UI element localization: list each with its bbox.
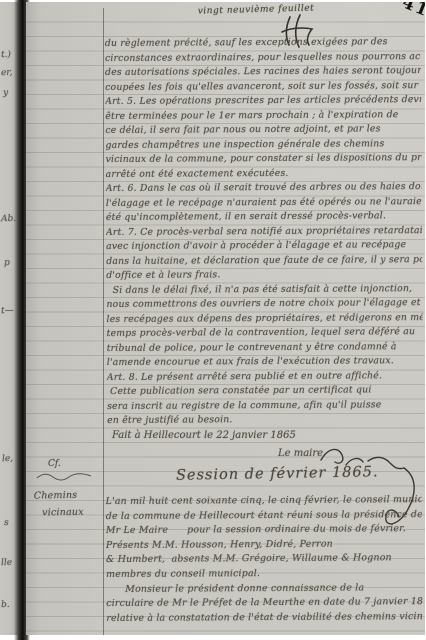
text-line: circulaire de Mr le Préfet de la Meurthe… bbox=[106, 595, 422, 612]
text-line: du règlement précité, sauf les exception… bbox=[105, 35, 421, 51]
text-line: nous commettrons des ouvriers de notre c… bbox=[106, 296, 422, 312]
margin-note-line: Chemins bbox=[34, 487, 100, 505]
text-line: & Humbert, absents M.M. Grégoire, Willau… bbox=[106, 551, 422, 568]
adjacent-page-text-fragment: t— bbox=[1, 306, 14, 316]
adjacent-page-text-fragment: b. bbox=[1, 600, 10, 610]
page-number: 41 bbox=[400, 2, 425, 21]
adjacent-page-text-fragment: er, bbox=[1, 68, 13, 78]
adjacent-page-text-fragment: y bbox=[3, 88, 8, 98]
arrete-text: du règlement précité, sauf les exception… bbox=[105, 35, 423, 428]
margin-rule-line bbox=[103, 8, 104, 635]
text-line: Art. 8. Le présent arrêté sera publié et… bbox=[107, 369, 423, 385]
text-line: avec injonction d'avoir à procéder à l'é… bbox=[106, 238, 422, 254]
adjacent-page-text-fragment: t.) bbox=[1, 50, 11, 60]
dateline: Fait à Heillecourt le 22 janvier 1865 bbox=[112, 430, 296, 441]
text-line: vicinaux de la commune, pour constater s… bbox=[106, 151, 422, 167]
text-line: L'an mil huit cent soixante cinq, le cin… bbox=[106, 493, 422, 510]
margin-note-chemins-vicinaux: Cheminsvicinaux bbox=[34, 487, 101, 521]
text-line: temps procès-verbal de la contravention,… bbox=[107, 325, 423, 341]
adjacent-page-text-fragment: p bbox=[4, 258, 10, 268]
adjacent-page-text-fragment: lle bbox=[1, 558, 12, 568]
margin-note-line: vicinaux bbox=[34, 504, 100, 522]
text-line: Art. 5. Les opérations prescrites par le… bbox=[105, 93, 421, 109]
text-line: relative à la constatation de l'état de … bbox=[106, 610, 422, 627]
page-paper: vingt neuvième feuillet 41 du règlement … bbox=[26, 2, 425, 635]
text-line: Art. 6. Dans le cas où il serait trouvé … bbox=[106, 180, 422, 196]
text-line: Mr Le Maire pour la session ordinaire du… bbox=[106, 522, 422, 539]
text-line: sera inscrit au registre de la commune, … bbox=[107, 398, 423, 414]
text-line: été qu'incomplètement, il en serait dres… bbox=[106, 209, 422, 225]
margin-squiggle-icon bbox=[36, 472, 92, 482]
scanned-register-page: t.)er,yAb.pt—le,slleb. vingt neuvième fe… bbox=[0, 0, 426, 640]
adjacent-page-text-fragment: le, bbox=[2, 454, 13, 464]
text-line: ce délai, il sera fait par nous ou notre… bbox=[105, 122, 421, 138]
text-line: l'amende encourue et aux frais de l'exéc… bbox=[107, 354, 423, 370]
session-text: L'an mil huit cent soixante cinq, le cin… bbox=[106, 493, 423, 626]
text-line: des autorisations spéciales. Les racines… bbox=[105, 64, 421, 80]
adjacent-page-text-fragment: s bbox=[4, 518, 9, 528]
text-line: en être justifié au besoin. bbox=[107, 412, 423, 428]
margin-mark: Cf. bbox=[48, 459, 61, 469]
text-line: dans la huitaine, et déclaration que fau… bbox=[106, 253, 422, 269]
